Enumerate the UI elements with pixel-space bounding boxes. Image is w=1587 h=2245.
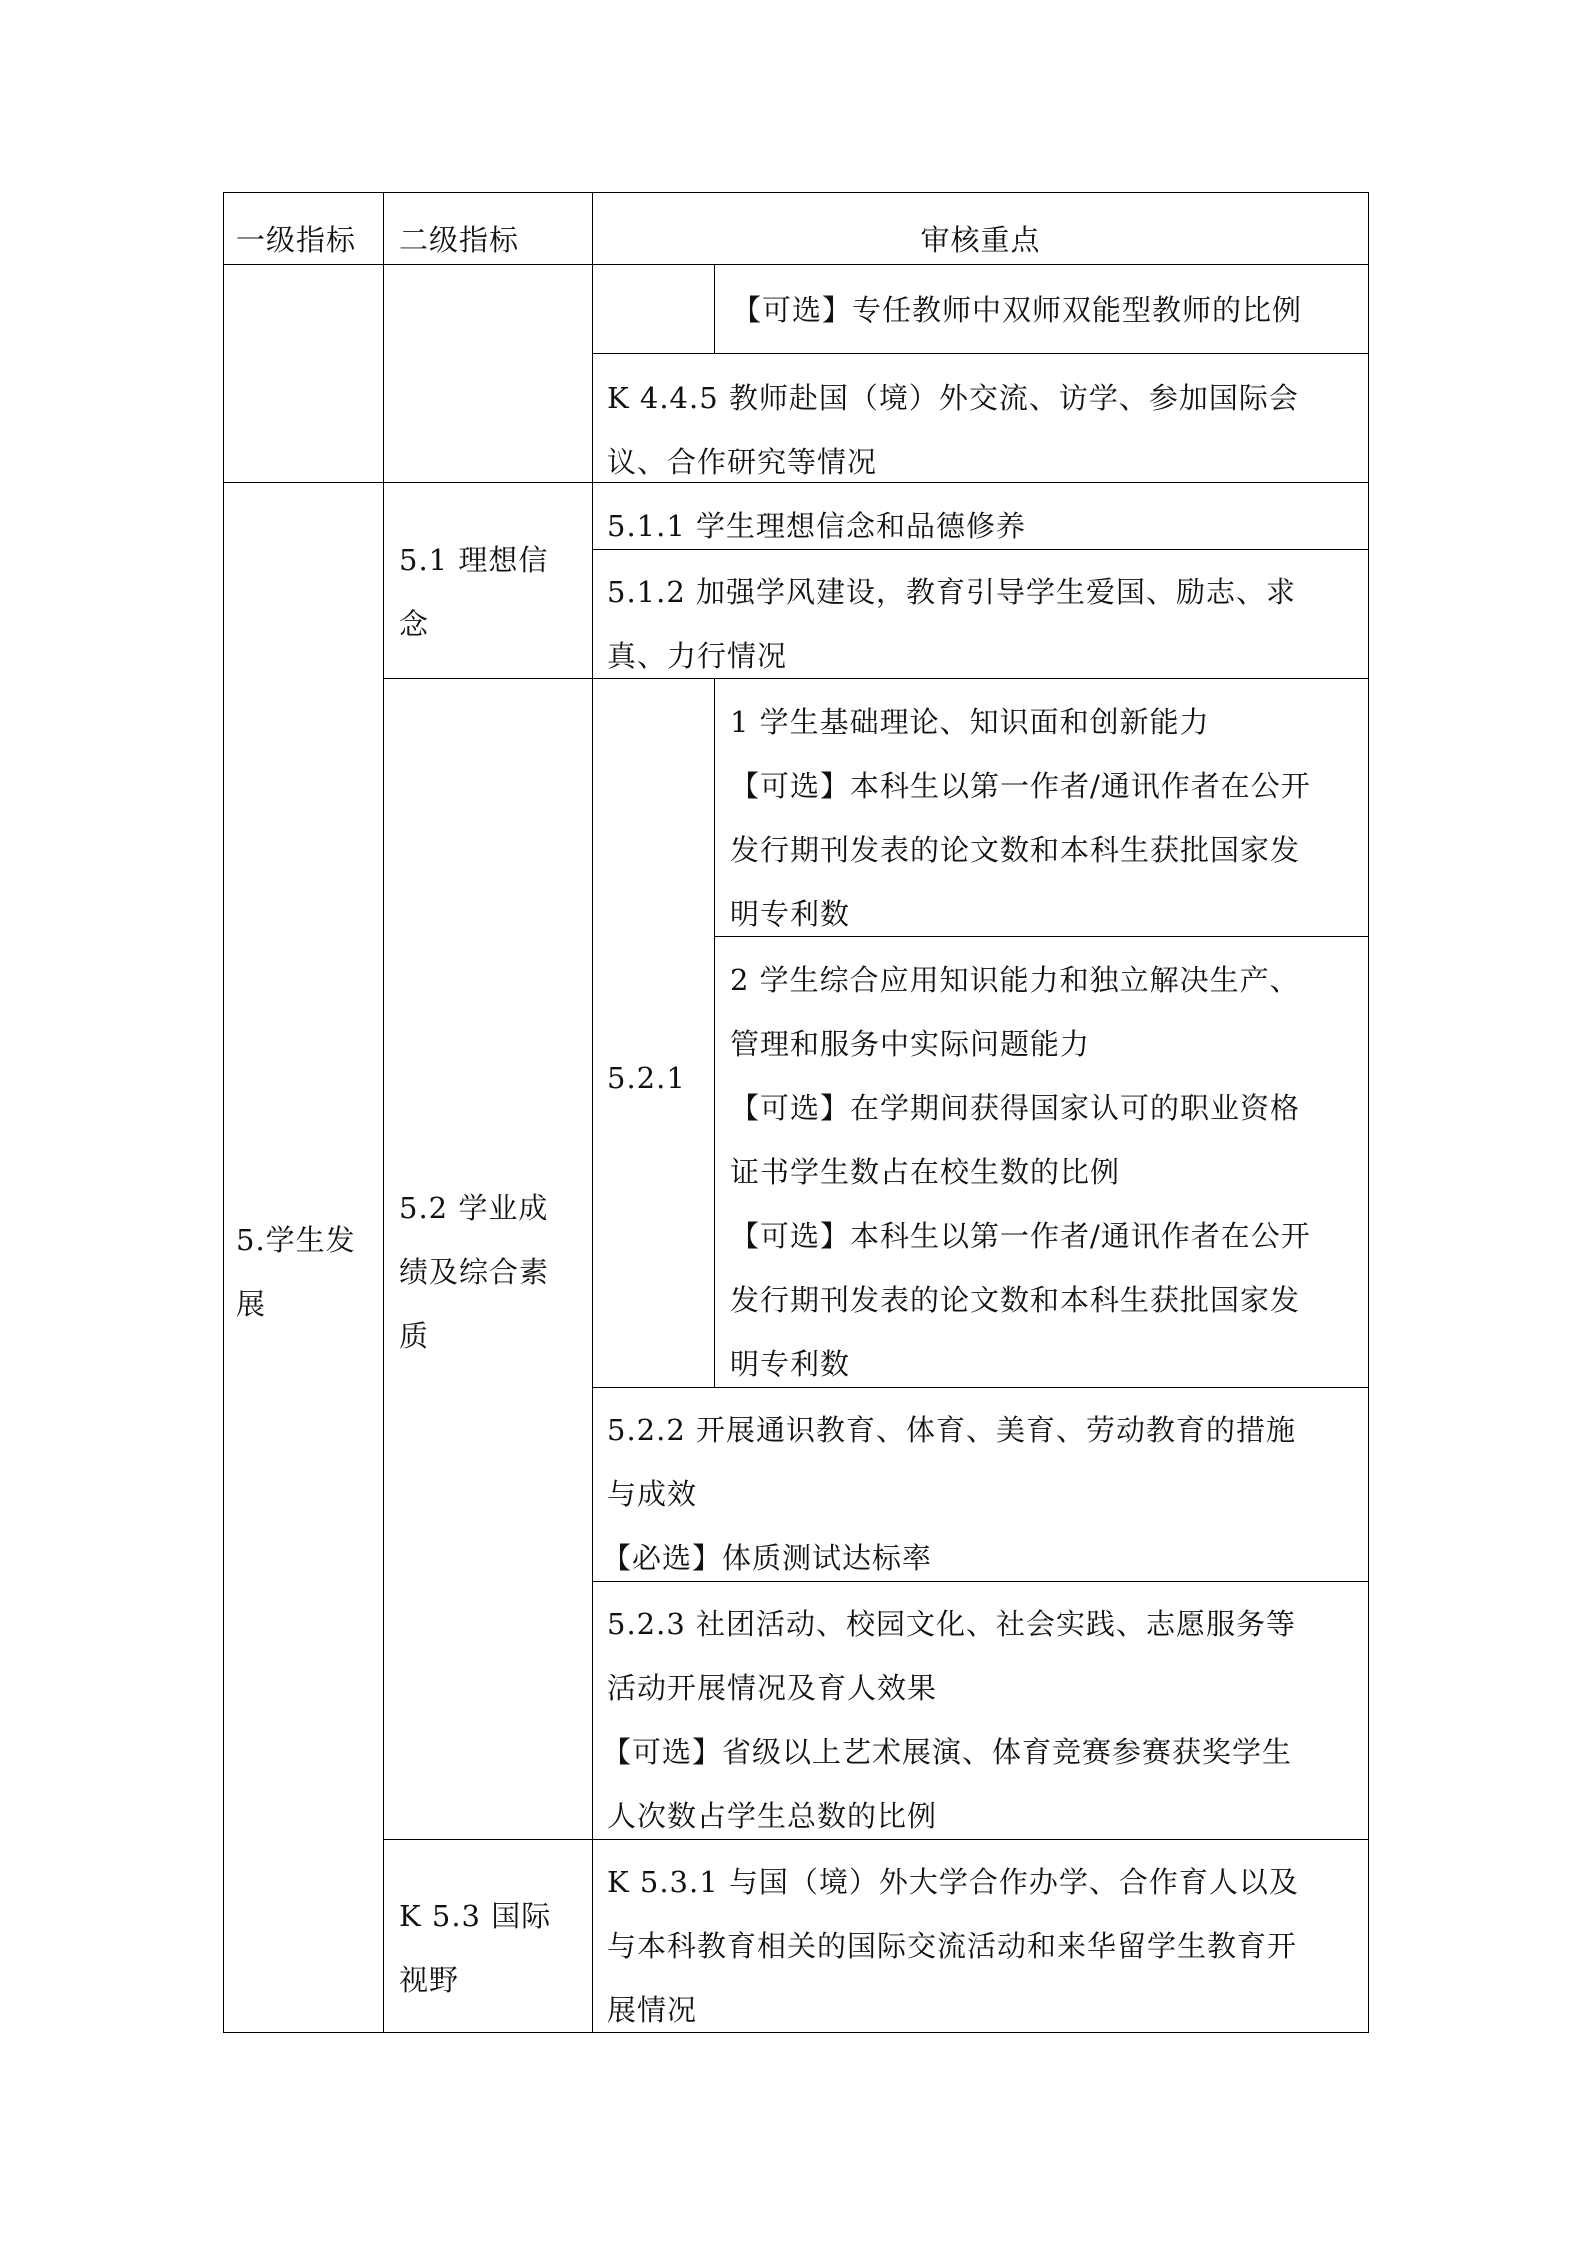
item-5-2-3-line1: 5.2.3 社团活动、校园文化、社会实践、志愿服务等 bbox=[607, 1592, 1296, 1656]
item-k-5-3-1-line3: 展情况 bbox=[607, 1978, 697, 2042]
level2-5-3-line1: K 5.3 国际 bbox=[399, 1884, 551, 1948]
item-5-2-1-sub2-line6: 发行期刊发表的论文数和本科生获批国家发 bbox=[730, 1268, 1300, 1332]
level2-5-1-line1: 5.1 理想信 bbox=[399, 528, 548, 592]
level1-student-development-line1: 5.学生发 bbox=[236, 1208, 356, 1272]
k445-line1: K 4.4.5 教师赴国（境）外交流、访学、参加国际会 bbox=[607, 366, 1299, 430]
item-k-5-3-1-line1: K 5.3.1 与国（境）外大学合作办学、合作育人以及 bbox=[607, 1850, 1299, 1914]
header-review-focus: 审核重点 bbox=[592, 208, 1369, 272]
item-5-2-2-line1: 5.2.2 开展通识教育、体育、美育、劳动教育的措施 bbox=[607, 1398, 1296, 1462]
item-5-1-2-line1: 5.1.2 加强学风建设，教育引导学生爱国、励志、求 bbox=[607, 560, 1296, 624]
level2-5-3-line2: 视野 bbox=[399, 1948, 459, 2012]
item-5-2-1-sub2-line2: 管理和服务中实际问题能力 bbox=[730, 1012, 1090, 1076]
item-5-2-3-line2: 活动开展情况及育人效果 bbox=[607, 1656, 937, 1720]
cont-level1-cell bbox=[223, 264, 384, 483]
item-k-5-3-1-line2: 与本科教育相关的国际交流活动和来华留学生教育开 bbox=[607, 1914, 1297, 1978]
item-5-2-1-sub2-line5: 【可选】本科生以第一作者/通讯作者在公开 bbox=[730, 1204, 1311, 1268]
cont-optional-text: 【可选】专任教师中双师双能型教师的比例 bbox=[732, 278, 1302, 342]
item-5-2-1-label-cell bbox=[592, 678, 715, 1388]
cont-level2-cell bbox=[383, 264, 593, 483]
item-5-2-1-sub1-line3: 发行期刊发表的论文数和本科生获批国家发 bbox=[730, 818, 1300, 882]
level2-5-1-line2: 念 bbox=[399, 592, 429, 656]
item-5-2-2-line2: 与成效 bbox=[607, 1462, 697, 1526]
level1-student-development-line2: 展 bbox=[236, 1272, 266, 1336]
item-5-2-3-line3: 【可选】省级以上艺术展演、体育竞赛参赛获奖学生 bbox=[602, 1720, 1292, 1784]
item-5-2-1-label: 5.2.1 bbox=[607, 1046, 686, 1110]
item-5-2-1-sub1-line1: 1 学生基础理论、知识面和创新能力 bbox=[730, 690, 1210, 754]
header-level1-indicator: 一级指标 bbox=[236, 208, 356, 272]
item-5-2-1-sub1-line2: 【可选】本科生以第一作者/通讯作者在公开 bbox=[730, 754, 1311, 818]
level2-5-2-line1: 5.2 学业成 bbox=[399, 1176, 548, 1240]
level2-5-2-line3: 质 bbox=[399, 1304, 429, 1368]
item-5-2-1-sub2-line4: 证书学生数占在校生数的比例 bbox=[730, 1140, 1120, 1204]
item-5-2-1-sub2-line3: 【可选】在学期间获得国家认可的职业资格 bbox=[730, 1076, 1300, 1140]
item-5-2-1-sub2-line1: 2 学生综合应用知识能力和独立解决生产、 bbox=[730, 948, 1300, 1012]
document-page: 一级指标 二级指标 审核重点 【可选】专任教师中双师双能型教师的比例 K 4.4… bbox=[0, 0, 1587, 2245]
header-level2-indicator: 二级指标 bbox=[399, 208, 519, 272]
cont-sub-label-cell bbox=[592, 264, 715, 354]
level2-5-2-line2: 绩及综合素 bbox=[399, 1240, 549, 1304]
